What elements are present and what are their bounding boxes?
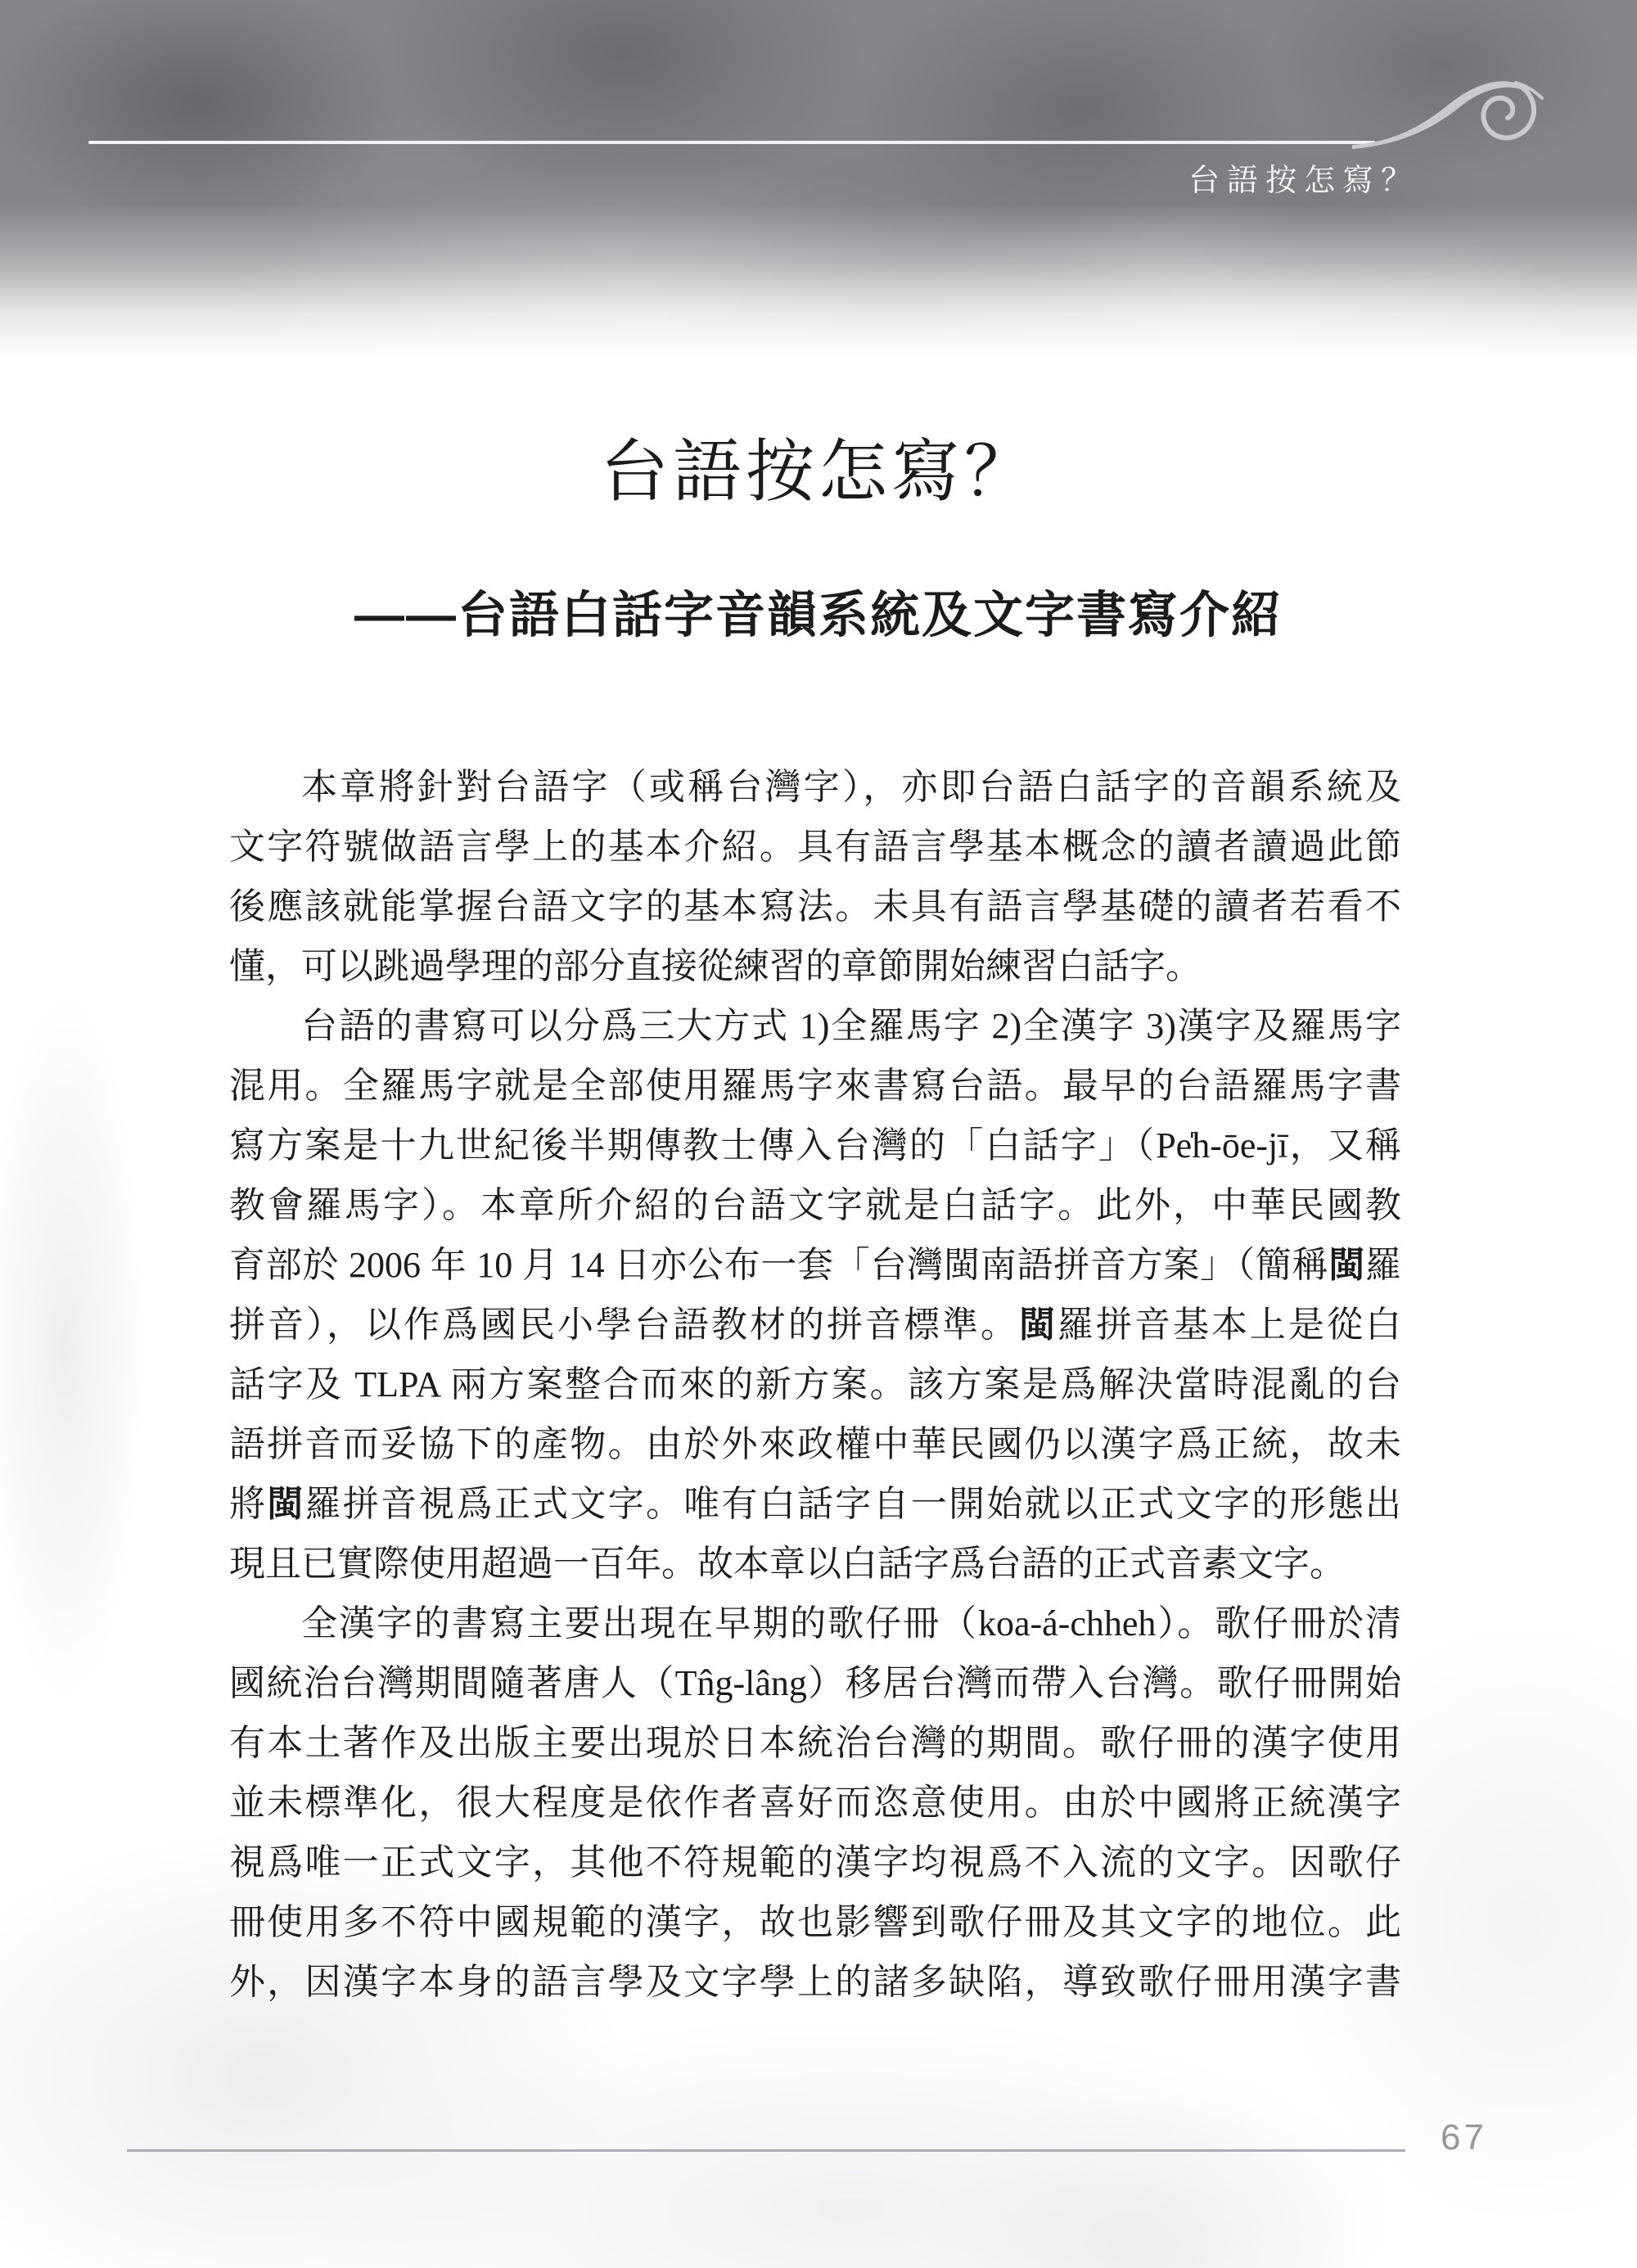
body-run: 視爲唯一正式文字，其他不符規範的漢字均視爲不入流的文字。因歌仔 <box>229 1842 1401 1882</box>
body-run: 並未標準化，很大程度是依作者喜好而恣意使用。由於中國將正統漢字 <box>229 1783 1401 1823</box>
body-line: 並未標準化，很大程度是依作者喜好而恣意使用。由於中國將正統漢字 <box>229 1773 1401 1833</box>
body-line: 語拼音而妥協下的產物。由於外來政權中華民國仍以漢字爲正統，故未 <box>229 1414 1401 1474</box>
body-run: 羅拼音視爲正式文字。唯有白話字自一開始就以正式文字的形態出 <box>305 1484 1401 1524</box>
body-run: 有本土著作及出版主要出現於日本統治台灣的期間。歌仔冊的漢字使用 <box>229 1723 1401 1763</box>
body-line: 育部於 2006 年 10 月 14 日亦公布一套「台灣閩南語拼音方案」（簡稱閩… <box>229 1235 1401 1295</box>
body-run: 冊使用多不符中國規範的漢字，故也影響到歌仔冊及其文字的地位。此 <box>229 1902 1401 1942</box>
page-number: 67 <box>1441 2120 1487 2156</box>
body-run: 台語的書寫可以分爲三大方式 1)全羅馬字 2)全漢字 3)漢字及羅馬字 <box>301 1006 1401 1046</box>
body-line: 現且已實際使用超過一百年。故本章以白話字爲台語的正式音素文字。 <box>229 1534 1401 1594</box>
body-line: 冊使用多不符中國規範的漢字，故也影響到歌仔冊及其文字的地位。此 <box>229 1892 1401 1952</box>
body-line: 有本土著作及出版主要出現於日本統治台灣的期間。歌仔冊的漢字使用 <box>229 1713 1401 1773</box>
body-line: 全漢字的書寫主要出現在早期的歌仔冊（koa-á-chheh）。歌仔冊於清 <box>229 1594 1401 1653</box>
body-line: 話字及 TLPA 兩方案整合而來的新方案。該方案是爲解決當時混亂的台 <box>229 1355 1401 1414</box>
body-line: 懂，可以跳過學理的部分直接從練習的章節開始練習白話字。 <box>229 936 1401 996</box>
body-run: 全漢字的書寫主要出現在早期的歌仔冊（koa-á-chheh）。歌仔冊於清 <box>301 1603 1401 1644</box>
body-run: 羅 <box>1365 1245 1401 1285</box>
body-text: 本章將針對台語字（或稱台灣字），亦即台語白話字的音韻系統及文字符號做語言學上的基… <box>229 757 1401 2012</box>
body-run: 本章將針對台語字（或稱台灣字），亦即台語白話字的音韻系統及 <box>301 767 1401 807</box>
body-line: 視爲唯一正式文字，其他不符規範的漢字均視爲不入流的文字。因歌仔 <box>229 1833 1401 1892</box>
chapter-title: 台語按怎寫？ <box>0 426 1637 517</box>
body-run: 國統治台灣期間隨著唐人（Tn̂g-lâng）移居台灣而帶入台灣。歌仔冊開始 <box>229 1663 1401 1703</box>
body-run: 育部於 2006 年 10 月 14 日亦公布一套「台灣閩南語拼音方案」（簡稱 <box>229 1245 1328 1285</box>
body-run: 混用。全羅馬字就是全部使用羅馬字來書寫台語。最早的台語羅馬字書 <box>229 1066 1401 1106</box>
body-line: 教會羅馬字）。本章所介紹的台語文字就是白話字。此外，中華民國教 <box>229 1175 1401 1235</box>
body-line: 將閩羅拼音視爲正式文字。唯有白話字自一開始就以正式文字的形態出 <box>229 1474 1401 1534</box>
body-line: 寫方案是十九世紀後半期傳教士傳入台灣的「白話字」（Pe̍h-ōe-jī，又稱 <box>229 1116 1401 1175</box>
body-line: 外，因漢字本身的語言學及文字學上的諸多缺陷，導致歌仔冊用漢字書 <box>229 1952 1401 2012</box>
swirl-ornament-icon <box>1352 70 1544 169</box>
body-run: 後應該就能掌握台語文字的基本寫法。未具有語言學基礎的讀者若看不 <box>229 886 1401 927</box>
chapter-header-art: 台語按怎寫？ <box>0 0 1637 364</box>
body-run: 話字及 TLPA 兩方案整合而來的新方案。該方案是爲解決當時混亂的台 <box>229 1364 1401 1405</box>
body-line: 本章將針對台語字（或稱台灣字），亦即台語白話字的音韻系統及 <box>229 757 1401 817</box>
chapter-subtitle: ——台語白話字音韻系統及文字書寫介紹 <box>0 578 1637 652</box>
body-run: 寫方案是十九世紀後半期傳教士傳入台灣的「白話字」（Pe̍h-ōe-jī，又稱 <box>229 1125 1401 1166</box>
body-line: 混用。全羅馬字就是全部使用羅馬字來書寫台語。最早的台語羅馬字書 <box>229 1056 1401 1116</box>
body-run: 將 <box>229 1484 267 1524</box>
body-run: 羅拼音基本上是從白 <box>1058 1305 1401 1345</box>
body-run: 教會羅馬字）。本章所介紹的台語文字就是白話字。此外，中華民國教 <box>229 1185 1401 1225</box>
body-run: 外，因漢字本身的語言學及文字學上的諸多缺陷，導致歌仔冊用漢字書 <box>229 1962 1401 2002</box>
body-run: 語拼音而妥協下的產物。由於外來政權中華民國仍以漢字爲正統，故未 <box>229 1424 1401 1464</box>
emphasized-char: 閩 <box>267 1484 304 1524</box>
body-run: 懂，可以跳過學理的部分直接從練習的章節開始練習白話字。 <box>229 946 1202 986</box>
emphasized-char: 閩 <box>1019 1305 1058 1345</box>
footer-rule <box>127 2149 1405 2152</box>
header-rule <box>88 141 1375 144</box>
running-header: 台語按怎寫？ <box>1188 162 1419 200</box>
body-line: 國統治台灣期間隨著唐人（Tn̂g-lâng）移居台灣而帶入台灣。歌仔冊開始 <box>229 1653 1401 1713</box>
body-line: 文字符號做語言學上的基本介紹。具有語言學基本概念的讀者讀過此節 <box>229 817 1401 877</box>
body-run: 文字符號做語言學上的基本介紹。具有語言學基本概念的讀者讀過此節 <box>229 827 1401 867</box>
body-line: 拼音），以作爲國民小學台語教材的拼音標準。閩羅拼音基本上是從白 <box>229 1295 1401 1355</box>
body-line: 後應該就能掌握台語文字的基本寫法。未具有語言學基礎的讀者若看不 <box>229 877 1401 936</box>
body-run: 拼音），以作爲國民小學台語教材的拼音標準。 <box>229 1305 1019 1345</box>
emphasized-char: 閩 <box>1328 1245 1365 1285</box>
body-line: 台語的書寫可以分爲三大方式 1)全羅馬字 2)全漢字 3)漢字及羅馬字 <box>229 996 1401 1056</box>
body-run: 現且已實際使用超過一百年。故本章以白話字爲台語的正式音素文字。 <box>229 1544 1346 1584</box>
page: { "page": { "running_header": "台語按怎寫？", … <box>0 0 1637 2268</box>
